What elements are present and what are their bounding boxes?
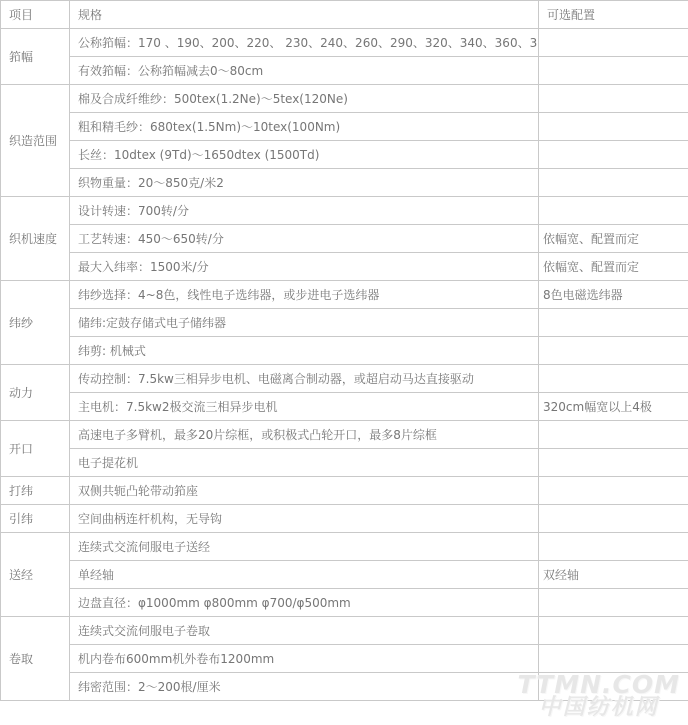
- table-row: 纬纱 纬纱选择：4~8色，线性电子选纬器，或步进电子选纬器 8色电磁选纬器: [1, 281, 688, 309]
- optional-cell: [539, 29, 688, 57]
- group-label-take-up: 卷取: [1, 617, 70, 701]
- spec-cell: 边盘直径：φ1000mm φ800mm φ700/φ500mm: [70, 589, 539, 617]
- spec-cell: 公称筘幅：170 、190、200、220、 230、240、260、290、3…: [70, 29, 539, 57]
- optional-cell: 依幅宽、配置而定: [539, 225, 688, 253]
- table-row: 纬剪: 机械式: [1, 337, 688, 365]
- optional-cell: 320cm幅宽以上4极: [539, 393, 688, 421]
- spec-cell: 棉及合成纤维纱：500tex(1.2Ne)～5tex(120Ne): [70, 85, 539, 113]
- table-row: 长丝：10dtex (9Td)～1650dtex (1500Td): [1, 141, 688, 169]
- spec-cell: 纬密范围：2～200根/厘米: [70, 673, 539, 701]
- spec-cell: 高速电子多臂机，最多20片综框，或积极式凸轮开口，最多8片综框: [70, 421, 539, 449]
- group-label-beating: 打纬: [1, 477, 70, 505]
- table-row: 筘幅 公称筘幅：170 、190、200、220、 230、240、260、29…: [1, 29, 688, 57]
- table-row: 引纬 空间曲柄连杆机构，无导钩: [1, 505, 688, 533]
- spec-cell: 双侧共轭凸轮带动筘座: [70, 477, 539, 505]
- spec-cell: 有效筘幅：公称筘幅减去0～80cm: [70, 57, 539, 85]
- table-row: 动力 传动控制：7.5kw三相异步电机、电磁离合制动器，或超启动马达直接驱动: [1, 365, 688, 393]
- spec-cell: 电子提花机: [70, 449, 539, 477]
- group-label-weaving-range: 织造范围: [1, 85, 70, 197]
- optional-cell: 8色电磁选纬器: [539, 281, 688, 309]
- group-label-shedding: 开口: [1, 421, 70, 477]
- spec-cell: 织物重量：20～850克/米2: [70, 169, 539, 197]
- group-label-reed-width: 筘幅: [1, 29, 70, 85]
- spec-table: 项目 规格 可选配置 筘幅 公称筘幅：170 、190、200、220、 230…: [0, 0, 688, 701]
- spec-cell: 设计转速：700转/分: [70, 197, 539, 225]
- spec-cell: 纬剪: 机械式: [70, 337, 539, 365]
- spec-cell: 主电机：7.5kw2极交流三相异步电机: [70, 393, 539, 421]
- table-row: 有效筘幅：公称筘幅减去0～80cm: [1, 57, 688, 85]
- spec-cell: 传动控制：7.5kw三相异步电机、电磁离合制动器，或超启动马达直接驱动: [70, 365, 539, 393]
- optional-cell: [539, 309, 688, 337]
- group-label-let-off: 送经: [1, 533, 70, 617]
- optional-cell: [539, 197, 688, 225]
- optional-cell: [539, 505, 688, 533]
- optional-cell: [539, 449, 688, 477]
- header-spec: 规格: [70, 1, 539, 29]
- spec-cell: 连续式交流伺服电子送经: [70, 533, 539, 561]
- spec-cell: 连续式交流伺服电子卷取: [70, 617, 539, 645]
- optional-cell: [539, 169, 688, 197]
- table-row: 最大入纬率：1500米/分 依幅宽、配置而定: [1, 253, 688, 281]
- table-row: 织机速度 设计转速：700转/分: [1, 197, 688, 225]
- optional-cell: [539, 85, 688, 113]
- spec-cell: 最大入纬率：1500米/分: [70, 253, 539, 281]
- optional-cell: [539, 645, 688, 673]
- header-item: 项目: [1, 1, 70, 29]
- table-row: 织造范围 棉及合成纤维纱：500tex(1.2Ne)～5tex(120Ne): [1, 85, 688, 113]
- optional-cell: [539, 421, 688, 449]
- optional-cell: [539, 113, 688, 141]
- table-row: 主电机：7.5kw2极交流三相异步电机 320cm幅宽以上4极: [1, 393, 688, 421]
- spec-cell: 空间曲柄连杆机构，无导钩: [70, 505, 539, 533]
- table-row: 卷取 连续式交流伺服电子卷取: [1, 617, 688, 645]
- spec-cell: 纬纱选择：4~8色，线性电子选纬器，或步进电子选纬器: [70, 281, 539, 309]
- table-row: 打纬 双侧共轭凸轮带动筘座: [1, 477, 688, 505]
- spec-cell: 储纬:定鼓存储式电子储纬器: [70, 309, 539, 337]
- spec-cell: 单经轴: [70, 561, 539, 589]
- optional-cell: [539, 533, 688, 561]
- optional-cell: [539, 477, 688, 505]
- table-row: 边盘直径：φ1000mm φ800mm φ700/φ500mm: [1, 589, 688, 617]
- table-row: 粗和精毛纱：680tex(1.5Nm)～10tex(100Nm): [1, 113, 688, 141]
- group-label-weft-insertion: 引纬: [1, 505, 70, 533]
- table-row: 织物重量：20～850克/米2: [1, 169, 688, 197]
- optional-cell: [539, 589, 688, 617]
- group-label-power: 动力: [1, 365, 70, 421]
- group-label-weft-yarn: 纬纱: [1, 281, 70, 365]
- spec-cell: 工艺转速：450～650转/分: [70, 225, 539, 253]
- optional-cell: [539, 337, 688, 365]
- optional-cell: [539, 365, 688, 393]
- group-label-machine-speed: 织机速度: [1, 197, 70, 281]
- optional-cell: 双经轴: [539, 561, 688, 589]
- optional-cell: 依幅宽、配置而定: [539, 253, 688, 281]
- header-row: 项目 规格 可选配置: [1, 1, 688, 29]
- optional-cell: [539, 141, 688, 169]
- table-row: 机内卷布600mm机外卷布1200mm: [1, 645, 688, 673]
- table-row: 送经 连续式交流伺服电子送经: [1, 533, 688, 561]
- spec-cell: 长丝：10dtex (9Td)～1650dtex (1500Td): [70, 141, 539, 169]
- optional-cell: [539, 57, 688, 85]
- table-row: 开口 高速电子多臂机，最多20片综框，或积极式凸轮开口，最多8片综框: [1, 421, 688, 449]
- optional-cell: [539, 673, 688, 701]
- table-row: 工艺转速：450～650转/分 依幅宽、配置而定: [1, 225, 688, 253]
- optional-cell: [539, 617, 688, 645]
- spec-cell: 粗和精毛纱：680tex(1.5Nm)～10tex(100Nm): [70, 113, 539, 141]
- table-row: 储纬:定鼓存储式电子储纬器: [1, 309, 688, 337]
- header-optional: 可选配置: [539, 1, 688, 29]
- table-row: 电子提花机: [1, 449, 688, 477]
- table-row: 纬密范围：2～200根/厘米: [1, 673, 688, 701]
- spec-cell: 机内卷布600mm机外卷布1200mm: [70, 645, 539, 673]
- table-row: 单经轴 双经轴: [1, 561, 688, 589]
